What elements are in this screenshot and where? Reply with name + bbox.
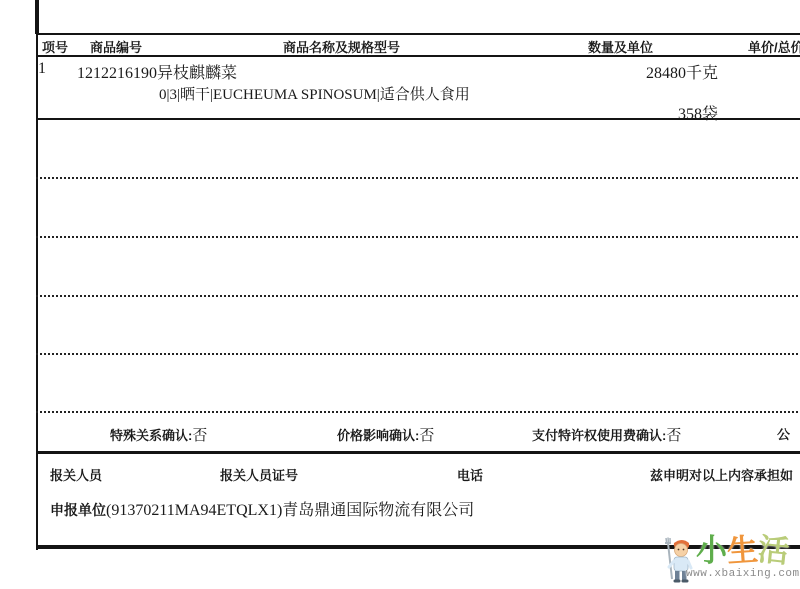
confirmation-bottom-rule <box>36 451 800 454</box>
dotted-separator-2 <box>36 236 800 238</box>
declaring-unit-value: (91370211MA94ETQLX1)青岛鼎通国际物流有限公司 <box>106 502 474 519</box>
declarant-id-label: 报关人员证号 <box>220 465 298 484</box>
royalty-payment-confirmation: 支付特许权使用费确认:否 <box>532 424 681 445</box>
customs-declaration-document: 项号 商品编号 商品名称及规格型号 数量及单位 单价/总价 1 12122161… <box>0 0 800 589</box>
declaring-unit-label: 申报单位 <box>50 502 106 518</box>
special-relationship-label: 特殊关系确认: <box>110 428 192 443</box>
row1-quantity-weight: 28480千克 <box>560 60 718 83</box>
price-influence-label: 价格影响确认: <box>337 428 419 443</box>
brand-char-1: 小 <box>696 533 727 569</box>
header-bottom-rule <box>36 55 800 57</box>
special-relationship-confirmation: 特殊关系确认:否 <box>110 424 207 445</box>
table-top-rule <box>36 33 800 35</box>
dotted-separator-3 <box>36 295 800 297</box>
row1-code-and-name: 1212216190异枝麒麟菜 <box>77 60 237 83</box>
price-influence-confirmation: 价格影响确认:否 <box>337 424 434 445</box>
row1-commodity-code: 1212216190 <box>77 65 157 82</box>
royalty-payment-label: 支付特许权使用费确认: <box>532 428 666 443</box>
chef-mascot-icon <box>662 535 694 588</box>
dotted-separator-5 <box>36 411 800 413</box>
statement-text-partial: 兹申明对以上内容承担如 <box>650 465 793 484</box>
formula-pricing-label-partial: 公 <box>777 424 790 443</box>
row1-spec-model: 0|3|晒干|EUCHEUMA SPINOSUM|适合供人食用 <box>159 83 470 104</box>
row1-quantity-packages: 358袋 <box>560 101 718 124</box>
declaring-unit-line: 申报单位(91370211MA94ETQLX1)青岛鼎通国际物流有限公司 <box>50 497 474 520</box>
brand-char-2: 生 <box>726 532 759 570</box>
row1-item-no: 1 <box>38 60 46 78</box>
col-header-item-no: 项号 <box>42 37 68 56</box>
royalty-payment-value: 否 <box>666 428 681 444</box>
price-influence-value: 否 <box>419 428 434 444</box>
special-relationship-value: 否 <box>192 428 207 444</box>
col-header-quantity-unit: 数量及单位 <box>588 37 653 56</box>
col-header-name-spec: 商品名称及规格型号 <box>283 37 400 56</box>
brand-char-3: 活 <box>756 531 791 570</box>
dotted-separator-1 <box>36 177 800 179</box>
col-header-commodity-code: 商品编号 <box>90 37 142 56</box>
watermark-url: www.xbaixing.com <box>686 568 800 580</box>
dotted-separator-4 <box>36 353 800 355</box>
phone-label: 电话 <box>457 465 483 484</box>
site-watermark: 小生活 www.xbaixing.com <box>658 533 800 589</box>
declarant-label: 报关人员 <box>50 465 102 484</box>
left-border-top-cap <box>35 0 39 34</box>
left-border-line <box>36 0 38 550</box>
watermark-brand-text: 小生活 <box>696 533 789 569</box>
row1-commodity-name: 异枝麒麟菜 <box>157 65 237 82</box>
col-header-unit-total-price: 单价/总价 <box>748 37 800 56</box>
